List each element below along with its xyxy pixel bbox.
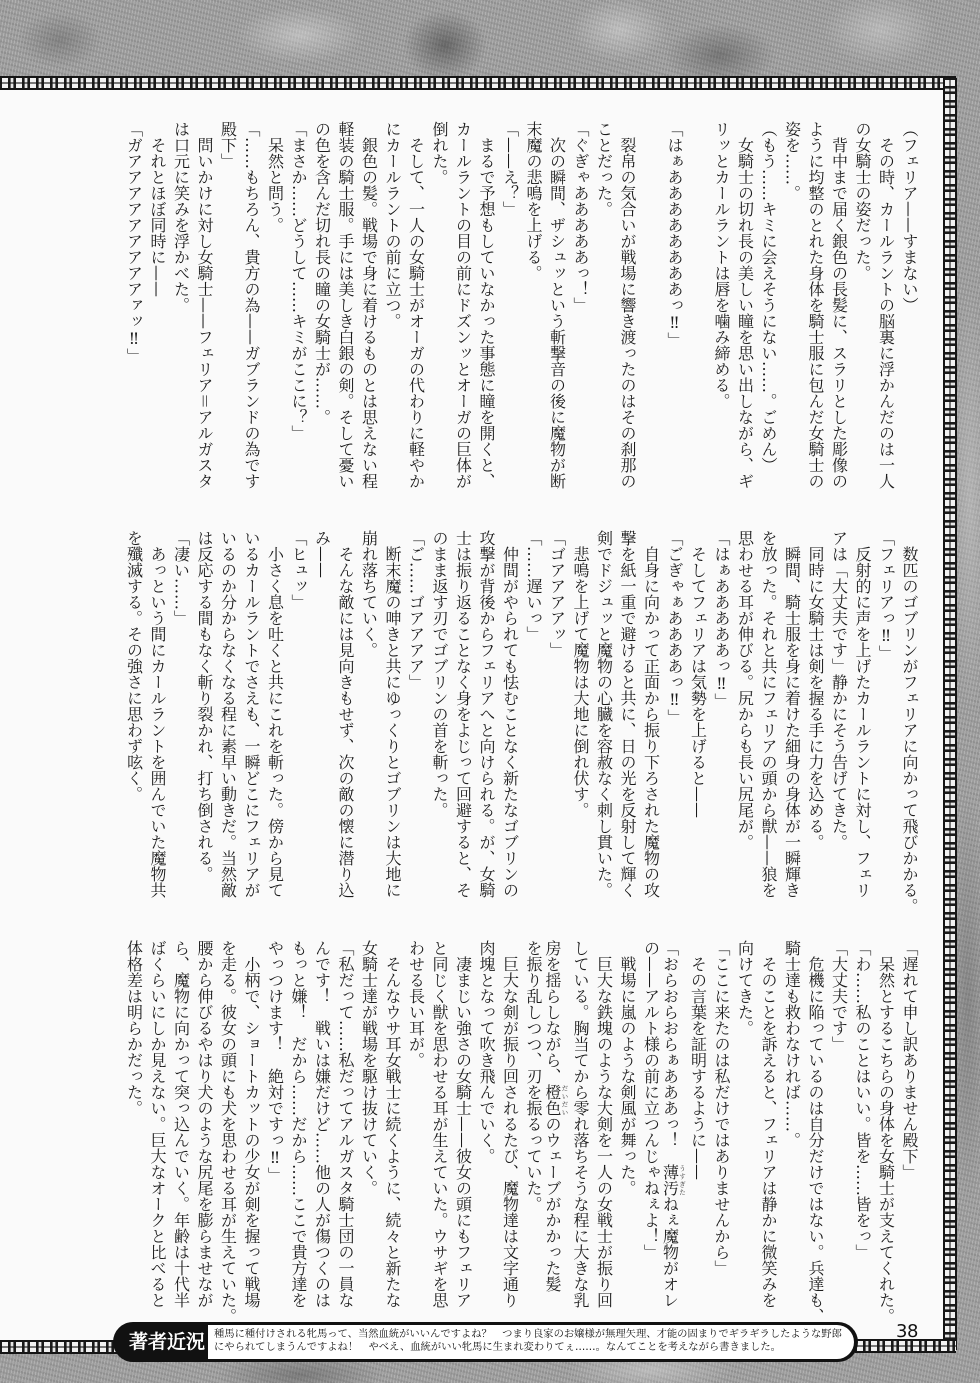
text-line: 「大丈夫です」 bbox=[827, 940, 851, 1312]
text-line-with-ruby: 「おらおらおらぁあああっ！ 薄汚うすぎたねぇ魔物がオレ bbox=[663, 940, 687, 1312]
text-line: 問いかけに対し女騎士——フェリア＝アルガスタ bbox=[193, 121, 217, 493]
text-line: ように均整のとれた身体を騎士服に包んだ女騎士の bbox=[804, 121, 828, 493]
text-line: 「はぁああああああああっ‼」 bbox=[663, 121, 687, 493]
text-line: 軽装の騎士服。手には美しき白銀の剣。そして憂い bbox=[334, 121, 358, 493]
text-line: ことだった。 bbox=[592, 121, 616, 493]
text-segment: ねぇ魔物がオレ bbox=[661, 1196, 680, 1308]
author-note-box: 著者近況 種馬に種付けされる牝馬って、当然血統がいいんですよね？ つまり良家のお… bbox=[113, 1322, 858, 1362]
text-line: 体格差は明らかだった。 bbox=[122, 940, 146, 1312]
text-line: を放った。それと共にフェリアの頭から獣——狼を bbox=[757, 530, 781, 902]
text-line: 「凄い……」 bbox=[169, 530, 193, 902]
text-line: 数匹のゴブリンがフェリアに向かって飛びかかる。 bbox=[898, 530, 922, 902]
text-line: 「ごぎゃぁああああっ‼」 bbox=[663, 530, 687, 902]
text-line: 「ぐぎゃあああああっ！」 bbox=[569, 121, 593, 493]
text-line: 「ガアアアアアアアアアァッ‼」 bbox=[122, 121, 146, 493]
text-line: を殲滅する。その強さに思わず呟く。 bbox=[122, 530, 146, 902]
text-line: の——アルト様の前に立つんじゃねぇよ！」 bbox=[639, 940, 663, 1312]
text-line: 女騎士達が戦場を駆け抜けていく。 bbox=[357, 940, 381, 1312]
text-line: 背中まで届く銀色の長髪に、スラリとした彫像の bbox=[827, 121, 851, 493]
text-line: にカールラントの前に立つ。 bbox=[381, 121, 405, 493]
text-line: そんな敵には見向きもせず、次の敵の懐に潜り込 bbox=[334, 530, 358, 902]
text-line: 倒れた。 bbox=[428, 121, 452, 493]
text-line: み—— bbox=[310, 530, 334, 902]
text-segment: 房を揺らしながら、 bbox=[543, 940, 562, 1084]
text-line: 断末魔の呻きと共にゆっくりとゴブリンは大地に bbox=[381, 530, 405, 902]
text-line: 「ご……ゴアアアア」 bbox=[404, 530, 428, 902]
text-line: 「わ……私のことはいい。皆を……皆をっ」 bbox=[851, 940, 875, 1312]
text-line: は口元に笑みを浮かべた。 bbox=[169, 121, 193, 493]
text-line: 「……もちろん、貴方の為——ガブランドの為です bbox=[240, 121, 264, 493]
text-line: の女騎士の姿だった。 bbox=[851, 121, 875, 493]
text-line: 凄まじい強さの女騎士——彼女の頭にもフェリア bbox=[451, 940, 475, 1312]
text-line: 呆然とするこちらの身体を女騎士が支えてくれた。 bbox=[874, 940, 898, 1312]
blank-line bbox=[639, 121, 663, 493]
text-line: 殿下」 bbox=[216, 121, 240, 493]
text-line: 「……遅いっ」 bbox=[522, 530, 546, 902]
text-line: 士は振り返ることなく身をよじって回避すると、そ bbox=[451, 530, 475, 902]
chain-border-right bbox=[943, 78, 957, 1350]
text-line: 騎士達も救わなければ……。 bbox=[780, 940, 804, 1312]
text-line: 呆然と問う。 bbox=[263, 121, 287, 493]
text-line: の色を含んだ切れ長の瞳の女騎士が……。 bbox=[310, 121, 334, 493]
text-line: 撃を紙一重で避けると共に、日の光を反射して輝く bbox=[616, 530, 640, 902]
text-segment: のウェーブがかかった髪 bbox=[543, 1116, 562, 1292]
text-line: いるのか分からなくなる程に素早い動きだ。当然敵 bbox=[216, 530, 240, 902]
text-line: 末魔の悲鳴を上げる。 bbox=[522, 121, 546, 493]
chain-border-bottom-left bbox=[0, 1340, 118, 1354]
text-line: その時、カールラントの脳裏に浮かんだのは一人 bbox=[874, 121, 898, 493]
text-line: 「遅れて申し訳ありません殿下」 bbox=[898, 940, 922, 1312]
text-line: 攻撃が背後からフェリアへと向けられる。が、女騎 bbox=[475, 530, 499, 902]
text-line: 裂帛の気合いが戦場に響き渡ったのはその刹那の bbox=[616, 121, 640, 493]
text-line: そしてフェリアは気勢を上げると—— bbox=[686, 530, 710, 902]
text-band-middle: 数匹のゴブリンがフェリアに向かって飛びかかる。 「フェリアっ‼」 反射的に声を上… bbox=[122, 530, 921, 902]
text-line: 危機に陥っているのは自分だけではない。兵達も、 bbox=[804, 940, 828, 1312]
text-line: 「ヒュッ」 bbox=[287, 530, 311, 902]
text-line: リッとカールラントは唇を噛み締める。 bbox=[710, 121, 734, 493]
text-line: 次の瞬間、ザシュッという斬撃音の後に魔物が断 bbox=[545, 121, 569, 493]
text-line: は反応する間もなく斬り裂かれ、打ち倒される。 bbox=[193, 530, 217, 902]
chain-border-top bbox=[0, 76, 956, 90]
text-line: 肉塊となって吹き飛んでいく。 bbox=[475, 940, 499, 1312]
text-line: 銀色の髪。戦場で身に着けるものとは思えない程 bbox=[357, 121, 381, 493]
text-line: ら、魔物に向かって突っ込んでいく。年齢は十代半 bbox=[169, 940, 193, 1312]
text-line: 戦場に嵐のような剣風が舞った。 bbox=[616, 940, 640, 1312]
text-line: 「——え？」 bbox=[498, 121, 522, 493]
ruby-text: うすぎた bbox=[678, 1164, 686, 1196]
text-line: 瞬間、騎士服を身に着けた細身の身体が一瞬輝き bbox=[780, 530, 804, 902]
ruby-annotation: 橙色だいだい bbox=[543, 1084, 562, 1116]
text-line: 腰から伸びるやはり犬のような尻尾を膨らませなが bbox=[193, 940, 217, 1312]
text-line: 悲鳴を上げて魔物は大地に倒れ伏す。 bbox=[569, 530, 593, 902]
text-line: 巨大な鉄塊のような大剣を一人の女戦士が振り回 bbox=[592, 940, 616, 1312]
text-line: 女騎士の切れ長の美しい瞳を思い出しながら、ギ bbox=[733, 121, 757, 493]
text-line: 向けてきた。 bbox=[733, 940, 757, 1312]
text-line: 崩れ落ちていく。 bbox=[357, 530, 381, 902]
text-line: まるで予想もしていなかった事態に瞳を開くと、 bbox=[475, 121, 499, 493]
text-line: （もう……キミに会えそうにない……。ごめん） bbox=[757, 121, 781, 493]
text-line: 「ここに来たのは私だけではありませんから」 bbox=[710, 940, 734, 1312]
text-line: 自身に向かって正面から振り下ろされた魔物の攻 bbox=[639, 530, 663, 902]
text-segment: 「おらおらおらぁあああっ！ bbox=[661, 940, 680, 1164]
text-line: 剣でドジュッと魔物の心臓を容赦なく刺し貫いた。 bbox=[592, 530, 616, 902]
text-line: いるカールラントでさえも、一瞬どこにフェリアが bbox=[240, 530, 264, 902]
text-line-with-ruby: 房を揺らしながら、橙色だいだいのウェーブがかかった髪 bbox=[545, 940, 569, 1312]
text-line: ばくらいにしか見えない。巨大なオークと比べると bbox=[146, 940, 170, 1312]
text-line: 「フェリアっ‼」 bbox=[874, 530, 898, 902]
text-line: 小柄で、ショートカットの少女が剣を握って戦場 bbox=[240, 940, 264, 1312]
author-note-line: 種馬に種付けされる牝馬って、当然血統がいいんですよね？ つまり良家のお嬢様が無理… bbox=[214, 1328, 854, 1341]
text-line: カールラントの目の前にドズンッとオーガの巨体が bbox=[451, 121, 475, 493]
ruby-text: だいだい bbox=[561, 1084, 569, 1116]
text-line: 思わせる耳が伸びる。尻からも長い尻尾が。 bbox=[733, 530, 757, 902]
text-line: 仲間がやられても怯むことなく新たなゴブリンの bbox=[498, 530, 522, 902]
author-note-label: 著者近況 bbox=[127, 1322, 207, 1362]
text-line: あっという間にカールラントを囲んでいた魔物共 bbox=[146, 530, 170, 902]
text-line: 「私だって……私だってアルガスタ騎士団の一員な bbox=[334, 940, 358, 1312]
text-line: 「ゴアアアアッ」 bbox=[545, 530, 569, 902]
text-band-top: （フェリア——すまない） その時、カールラントの脳裏に浮かんだのは一人 の女騎士… bbox=[122, 121, 921, 493]
text-line: その言葉を証明するように—— bbox=[686, 940, 710, 1312]
blank-line bbox=[686, 121, 710, 493]
text-line: そんなウサ耳女戦士に続くように、続々と新たな bbox=[381, 940, 405, 1312]
text-line: 「はぁあああああっ‼」 bbox=[710, 530, 734, 902]
text-line: のまま返す刃でゴブリンの首を斬った。 bbox=[428, 530, 452, 902]
text-line: と同じく獣を思わせる耳が生えていた。ウサギを思 bbox=[428, 940, 452, 1312]
author-note-line: にやられてしまうんですよね！ やべえ、血統がいい牝馬に生まれ変わりてぇ……。なん… bbox=[214, 1341, 854, 1354]
ruby-base: 薄汚 bbox=[661, 1164, 680, 1196]
ruby-annotation: 薄汚うすぎた bbox=[661, 1164, 680, 1196]
text-line: 姿を……。 bbox=[780, 121, 804, 493]
text-line: 反射的に声を上げたカールラントに対し、フェリ bbox=[851, 530, 875, 902]
text-line: 「まさか……どうして……キミがここに？」 bbox=[287, 121, 311, 493]
text-line: を走る。彼女の頭にも犬を思わせる耳が生えていた。 bbox=[216, 940, 240, 1312]
page-number: 38 bbox=[896, 1321, 918, 1342]
ruby-base: 橙色 bbox=[543, 1084, 562, 1116]
text-line: （フェリア——すまない） bbox=[898, 121, 922, 493]
text-line: んです！ 戦いは嫌だけど……他の人が傷つくのは bbox=[310, 940, 334, 1312]
text-line: やっつけます！ 絶対ですっ‼」 bbox=[263, 940, 287, 1312]
text-line: そのことを訴えると、フェリアは静かに微笑みを bbox=[757, 940, 781, 1312]
text-line: 同時に女騎士は剣を握る手に力を込める。 bbox=[804, 530, 828, 902]
text-line: 小さく息を吐くと共にこれを斬った。傍から見て bbox=[263, 530, 287, 902]
text-line: 巨大な剣が振り回されるたび、魔物達は文字通り bbox=[498, 940, 522, 1312]
text-line: そして、一人の女騎士がオーガの代わりに軽やか bbox=[404, 121, 428, 493]
author-note-text-box: 種馬に種付けされる牝馬って、当然血統がいいんですよね？ つまり良家のお嬢様が無理… bbox=[208, 1325, 854, 1359]
text-line: アは「大丈夫です」静かにそう告げてきた。 bbox=[827, 530, 851, 902]
text-line: それとほぼ同時に—— bbox=[146, 121, 170, 493]
text-line: している。胸当てから零れ落ちそうな程に大きな乳 bbox=[569, 940, 593, 1312]
text-line: わせる長い耳が。 bbox=[404, 940, 428, 1312]
text-band-bottom: 「遅れて申し訳ありません殿下」 呆然とするこちらの身体を女騎士が支えてくれた。 … bbox=[122, 940, 921, 1312]
text-line: もっと嫌！ だから……だから……ここで貴方達を bbox=[287, 940, 311, 1312]
